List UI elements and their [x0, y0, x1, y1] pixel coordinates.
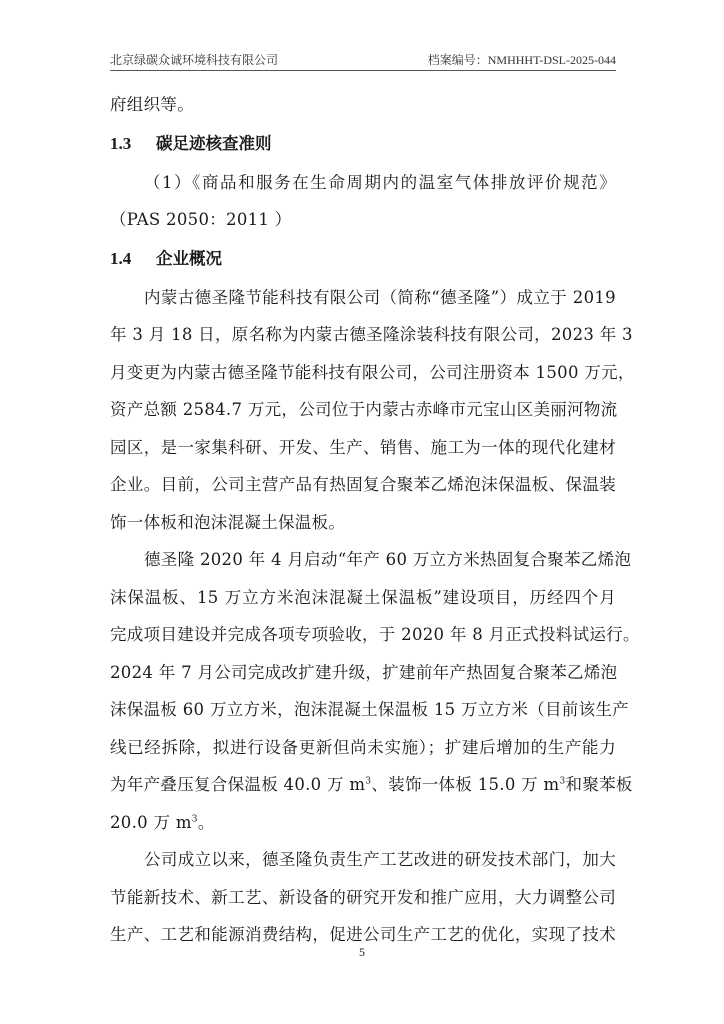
- section-heading-1-4: 1.4企业概况: [110, 239, 616, 279]
- section-heading-1-3: 1.3碳足迹核查准则: [110, 124, 616, 164]
- page-content: 府组织等。 1.3碳足迹核查准则 （1）《商品和服务在生命周期内的温室气体排放评…: [110, 86, 616, 954]
- criteria-item-line: （1）《商品和服务在生命周期内的温室气体排放评价规范》: [110, 164, 616, 202]
- paragraph-company-intro: 内蒙古德圣隆节能科技有限公司（简称“德圣隆”）成立于 2019 年 3 月 18…: [110, 279, 616, 542]
- paragraph-line: 完成项目建设并完成各项专项验收，于 2020 年 8 月正式投料试运行。: [110, 616, 616, 654]
- paragraph-line: 沫保温板、15 万立方米泡沫混凝土保温板”建设项目，历经四个月: [110, 579, 616, 617]
- header-divider: [110, 70, 616, 71]
- paragraph-line: 2024 年 7 月公司完成改扩建升级，扩建前年产热固复合聚苯乙烯泡: [110, 654, 616, 692]
- text-run: 、装饰一体板 15.0 万 m: [371, 775, 559, 794]
- paragraph-line: 节能新技术、新工艺、新设备的研究开发和推广应用，大力调整公司: [110, 879, 616, 917]
- paragraph-line: 沫保温板 60 万立方米，泡沫混凝土保温板 15 万立方米（目前该生产: [110, 691, 616, 729]
- section-title: 碳足迹核查准则: [156, 134, 272, 153]
- paragraph-line: 德圣隆 2020 年 4 月启动“年产 60 万立方米热固复合聚苯乙烯泡: [110, 541, 616, 579]
- section-number: 1.4: [110, 239, 156, 279]
- page-header: 北京绿碳众诚环境科技有限公司 档案编号：NMHHHT-DSL-2025-044: [110, 48, 616, 68]
- text-run: 。: [198, 813, 215, 832]
- text-run: 为年产叠压复合保温板 40.0 万 m: [110, 775, 365, 794]
- paragraph-line: 饰一体板和泡沫混凝土保温板。: [110, 504, 616, 542]
- paragraph-line: 月变更为内蒙古德圣隆节能科技有限公司，公司注册资本 1500 万元，: [110, 354, 616, 392]
- paragraph-project-history: 德圣隆 2020 年 4 月启动“年产 60 万立方米热固复合聚苯乙烯泡 沫保温…: [110, 541, 616, 841]
- text-run: 20.0 万 m: [110, 813, 192, 832]
- paragraph-line: 公司成立以来，德圣隆负责生产工艺改进的研发技术部门，加大: [110, 841, 616, 879]
- paragraph-line: 20.0 万 m3。: [110, 804, 616, 842]
- paragraph-line: 线已经拆除，拟进行设备更新但尚未实施）；扩建后增加的生产能力: [110, 729, 616, 767]
- criteria-item-line: （PAS 2050：2011 ）: [110, 201, 616, 239]
- paragraph-line: 资产总额 2584.7 万元，公司位于内蒙古赤峰市元宝山区美丽河物流: [110, 391, 616, 429]
- paragraph-line: 企业。目前，公司主营产品有热固复合聚苯乙烯泡沫保温板、保温装: [110, 466, 616, 504]
- page-number: 5: [0, 945, 724, 960]
- section-number: 1.3: [110, 124, 156, 164]
- paragraph-line: 年 3 月 18 日，原名称为内蒙古德圣隆涂装科技有限公司，2023 年 3: [110, 316, 616, 354]
- header-file-number: 档案编号：NMHHHT-DSL-2025-044: [428, 51, 616, 68]
- paragraph-line: 内蒙古德圣隆节能科技有限公司（简称“德圣隆”）成立于 2019: [110, 279, 616, 317]
- paragraph-line: 园区，是一家集科研、开发、生产、销售、施工为一体的现代化建材: [110, 429, 616, 467]
- continuation-text: 府组织等。: [110, 86, 616, 124]
- header-company-name: 北京绿碳众诚环境科技有限公司: [110, 51, 278, 68]
- paragraph-line: 为年产叠压复合保温板 40.0 万 m3、装饰一体板 15.0 万 m3和聚苯板: [110, 766, 616, 804]
- section-title: 企业概况: [156, 249, 222, 268]
- text-run: 和聚苯板: [566, 775, 633, 794]
- paragraph-rnd: 公司成立以来，德圣隆负责生产工艺改进的研发技术部门，加大 节能新技术、新工艺、新…: [110, 841, 616, 954]
